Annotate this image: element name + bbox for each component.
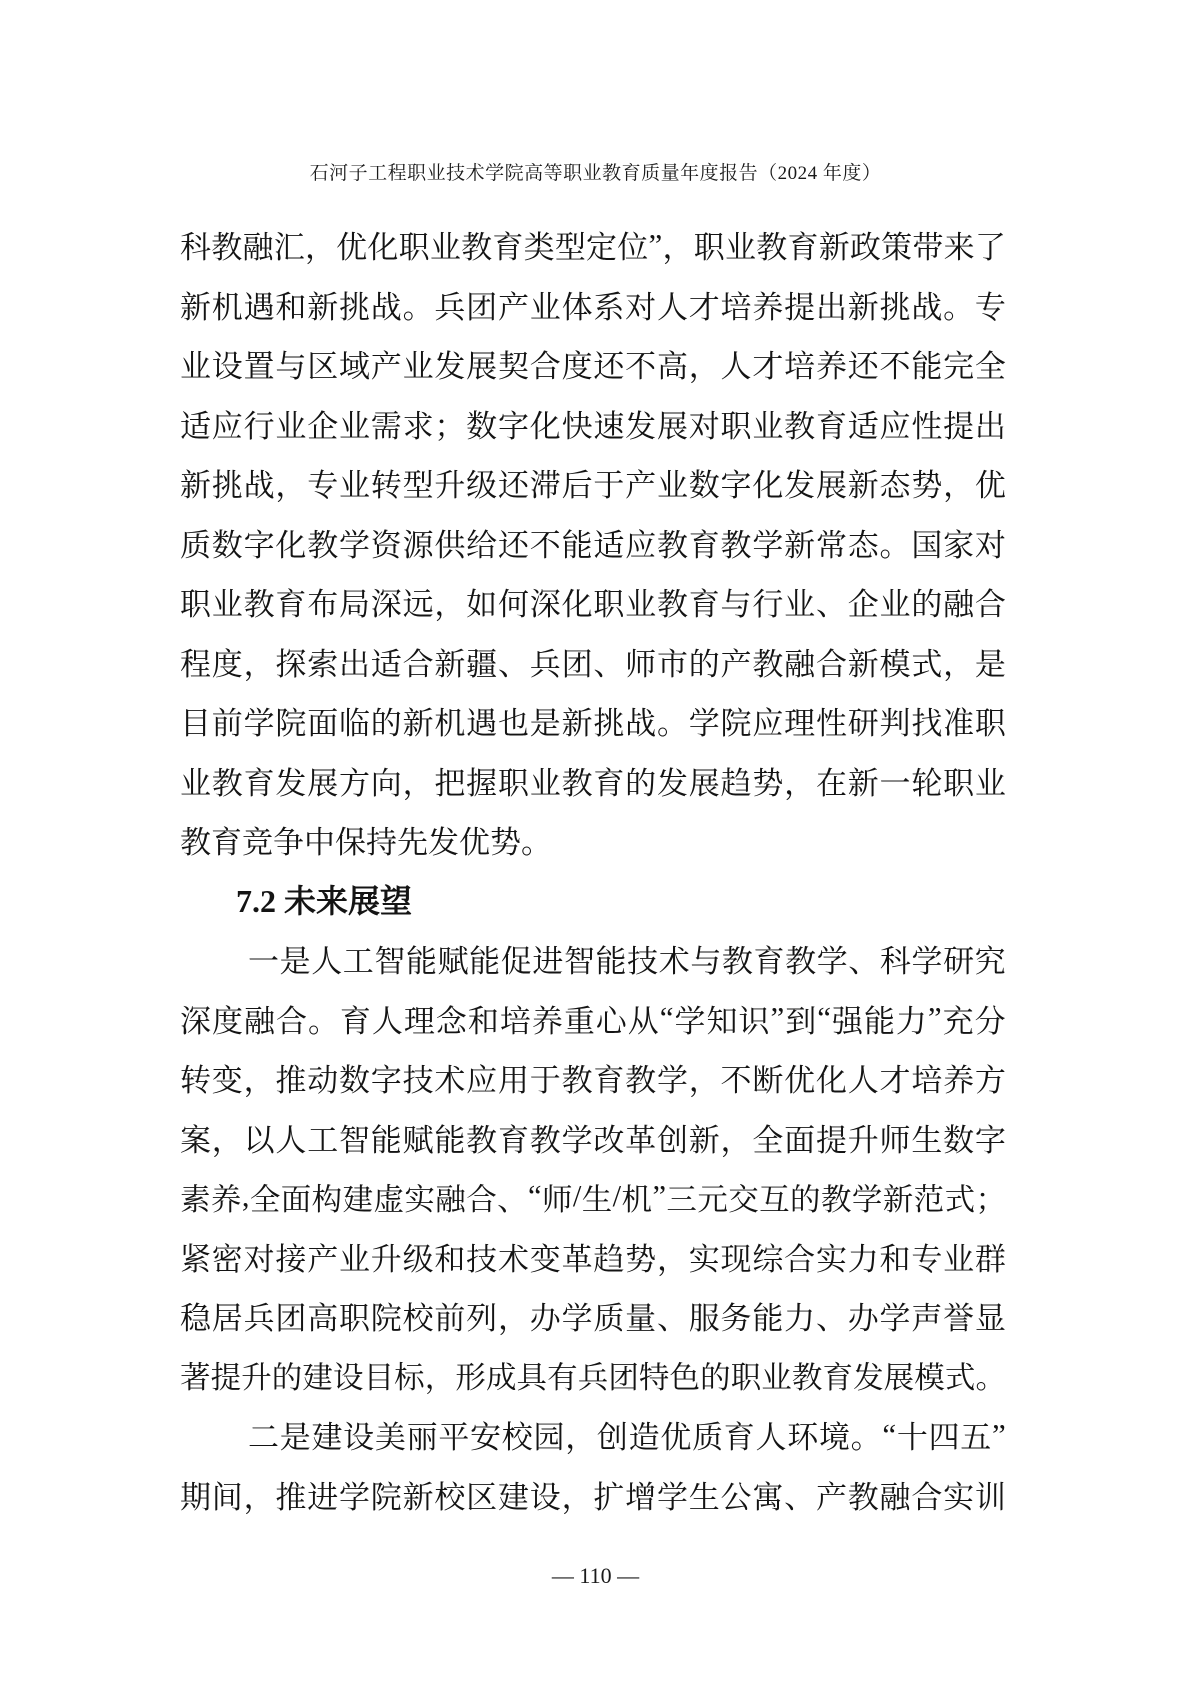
text-line: 紧密对接产业升级和技术变革趋势，实现综合实力和专业群 bbox=[180, 1227, 1006, 1287]
text-line: 目前学院面临的新机遇也是新挑战。学院应理性研判找准职 bbox=[180, 691, 1006, 751]
text-line: 新机遇和新挑战。兵团产业体系对人才培养提出新挑战。专 bbox=[180, 275, 1006, 335]
text-line: 案，以人工智能赋能教育教学改革创新，全面提升师生数字 bbox=[180, 1108, 1006, 1168]
section-heading: 7.2 未来展望 bbox=[180, 870, 1006, 930]
text-line: 新挑战，专业转型升级还滞后于产业数字化发展新态势，优 bbox=[180, 453, 1006, 513]
document-body: 科教融汇，优化职业教育类型定位”，职业教育新政策带来了新机遇和新挑战。兵团产业体… bbox=[180, 215, 1006, 1524]
page-header-title: 石河子工程职业技术学院高等职业教育质量年度报告（2024 年度） bbox=[0, 158, 1191, 185]
text-line: 稳居兵团高职院校前列，办学质量、服务能力、办学声誉显 bbox=[180, 1286, 1006, 1346]
text-line: 科教融汇，优化职业教育类型定位”，职业教育新政策带来了 bbox=[180, 215, 1006, 275]
text-line: 二是建设美丽平安校园，创造优质育人环境。“十四五” bbox=[180, 1405, 1006, 1465]
text-line: 著提升的建设目标，形成具有兵团特色的职业教育发展模式。 bbox=[180, 1346, 1006, 1406]
page-number: — 110 — bbox=[0, 1563, 1191, 1589]
text-line: 深度融合。育人理念和培养重心从“学知识”到“强能力”充分 bbox=[180, 989, 1006, 1049]
text-line: 转变，推动数字技术应用于教育教学，不断优化人才培养方 bbox=[180, 1048, 1006, 1108]
text-line: 质数字化教学资源供给还不能适应教育教学新常态。国家对 bbox=[180, 513, 1006, 573]
text-line: 期间，推进学院新校区建设，扩增学生公寓、产教融合实训 bbox=[180, 1465, 1006, 1525]
text-line: 业设置与区域产业发展契合度还不高，人才培养还不能完全 bbox=[180, 334, 1006, 394]
text-line: 适应行业企业需求；数字化快速发展对职业教育适应性提出 bbox=[180, 394, 1006, 454]
text-line: 职业教育布局深远，如何深化职业教育与行业、企业的融合 bbox=[180, 572, 1006, 632]
text-line: 业教育发展方向，把握职业教育的发展趋势，在新一轮职业 bbox=[180, 751, 1006, 811]
text-line: 一是人工智能赋能促进智能技术与教育教学、科学研究 bbox=[180, 929, 1006, 989]
text-line: 素养,全面构建虚实融合、“师/生/机”三元交互的教学新范式； bbox=[180, 1167, 1006, 1227]
text-line: 教育竞争中保持先发优势。 bbox=[180, 810, 1006, 870]
document-page: 石河子工程职业技术学院高等职业教育质量年度报告（2024 年度） 科教融汇，优化… bbox=[0, 0, 1191, 1684]
text-line: 程度，探索出适合新疆、兵团、师市的产教融合新模式，是 bbox=[180, 632, 1006, 692]
